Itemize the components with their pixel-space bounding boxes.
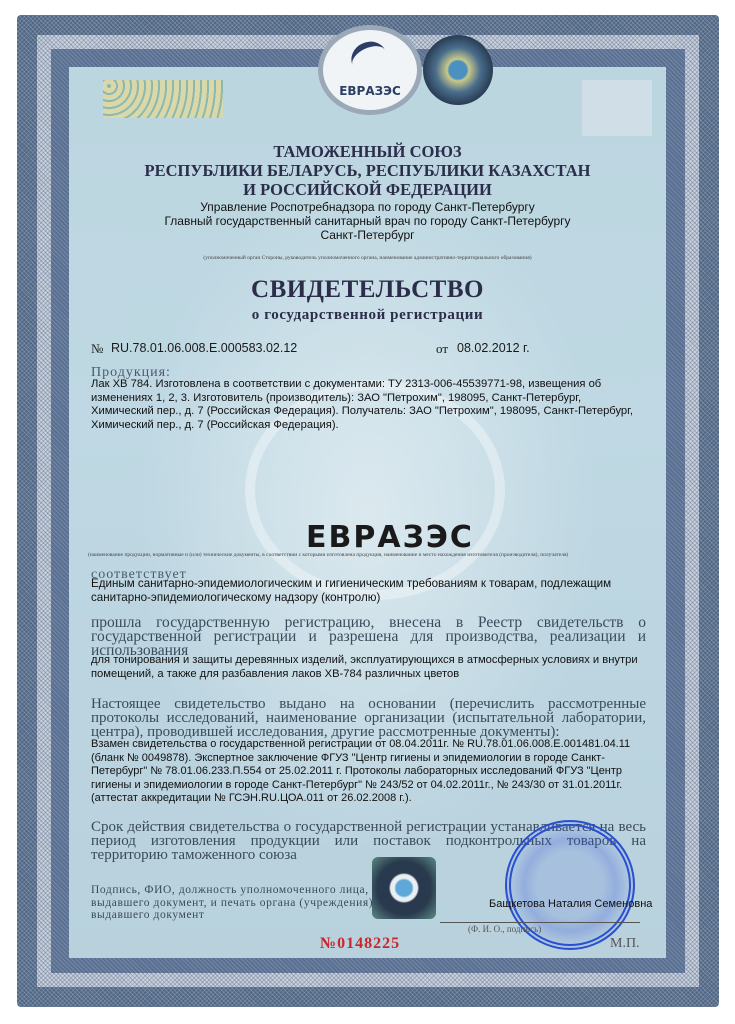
signature-line [440,922,640,923]
union-line: И РОССИЙСКОЙ ФЕДЕРАЦИИ [69,180,666,199]
conformity-text: Единым санитарно-эпидемиологическим и ги… [91,577,611,604]
stamp-mark: М.П. [610,936,640,952]
signatory-name: Бащкетова Наталия Семеновна [489,898,652,910]
security-patch [582,80,652,136]
usage-line: помещений, а также для разбавления лаков… [91,668,638,682]
basis-line: гигиены и эпидемиологии в городе Санкт-П… [91,779,630,793]
product-line: Химический пер., д. 7 (Российская Федера… [91,419,633,433]
union-line: РЕСПУБЛИКИ БЕЛАРУСЬ, РЕСПУБЛИКИ КАЗАХСТА… [69,161,666,180]
basis-text: Взамен свидетельства о государственной р… [91,738,630,806]
basis-line: Взамен свидетельства о государственной р… [91,738,630,752]
authority-line: Санкт-Петербург [69,228,666,242]
certificate-title: СВИДЕТЕЛЬСТВО [69,276,666,304]
evrazes-emblem-icon: ЕВРАЗЭС [318,25,422,115]
registration-number: RU.78.01.06.008.Е.000583.02.12 [111,341,297,355]
authority-caption: (уполномоченный орган Стороны, руководит… [69,255,666,261]
conformity-line: Единым санитарно-эпидемиологическим и ги… [91,577,611,591]
signature-label-line: выдавшего документ [91,909,377,922]
date-prefix: от [436,341,448,357]
union-title: ТАМОЖЕННЫЙ СОЮЗ РЕСПУБЛИКИ БЕЛАРУСЬ, РЕС… [69,142,666,199]
registration-statement: прошла государственную регистрацию, внес… [91,616,646,658]
signature-label-line: Подпись, ФИО, должность уполномоченного … [91,884,377,897]
certificate-subtitle: о государственной регистрации [69,307,666,324]
conformity-line: санитарно-эпидемиологическому надзору (к… [91,591,611,605]
basis-label-line: центра), проводившей исследования, други… [91,725,646,739]
product-line: изменениях 1, 2, 3. Изготовитель (произв… [91,392,633,406]
number-prefix: № [91,341,103,357]
usage-text: для тонирования и защиты деревянных изде… [91,654,638,681]
basis-label: Настоящее свидетельство выдано на основа… [91,697,646,739]
product-line: Лак ХВ 784. Изготовлена в соответствии с… [91,378,633,392]
authority-line: Главный государственный санитарный врач … [69,214,666,228]
product-description: Лак ХВ 784. Изготовлена в соответствии с… [91,378,633,432]
basis-line: Петербург" № 78.01.06.233.П.554 от 25.02… [91,765,630,779]
basis-line: (бланк № 0049878). Экспертное заключение… [91,752,630,766]
watermark-label: ЕВРАЗЭС [300,520,480,555]
basis-line: (аттестат аккредитации № ГСЭН.RU.ЦОА.011… [91,792,630,806]
product-line: Химический пер., д. 7 (Российская Федера… [91,405,633,419]
union-line: ТАМОЖЕННЫЙ СОЮЗ [69,142,666,161]
emblem-label: ЕВРАЗЭС [323,84,417,98]
signature-label: Подпись, ФИО, должность уполномоченного … [91,884,377,922]
blank-number: №0148225 [320,935,400,953]
authority-block: Управление Роспотребнадзора по городу Са… [69,200,666,242]
basis-label-line: Настоящее свидетельство выдано на основа… [91,697,646,711]
basis-label-line: протоколы исследований, наименование орг… [91,711,646,725]
emblem-swoosh-icon [346,36,392,80]
signatory-caption: (Ф. И. О., подпись) [468,924,541,934]
usage-line: для тонирования и защиты деревянных изде… [91,654,638,668]
authority-line: Управление Роспотребнадзора по городу Са… [69,200,666,214]
hologram-seal-icon [423,35,493,105]
hologram-sticker-icon [372,857,436,919]
hologram-strip [103,80,223,118]
product-caption: (наименование продукции, нормативные и (… [88,552,663,558]
signature-label-line: выдавшего документ, и печать органа (учр… [91,897,377,910]
registration-date: 08.02.2012 г. [457,341,530,355]
